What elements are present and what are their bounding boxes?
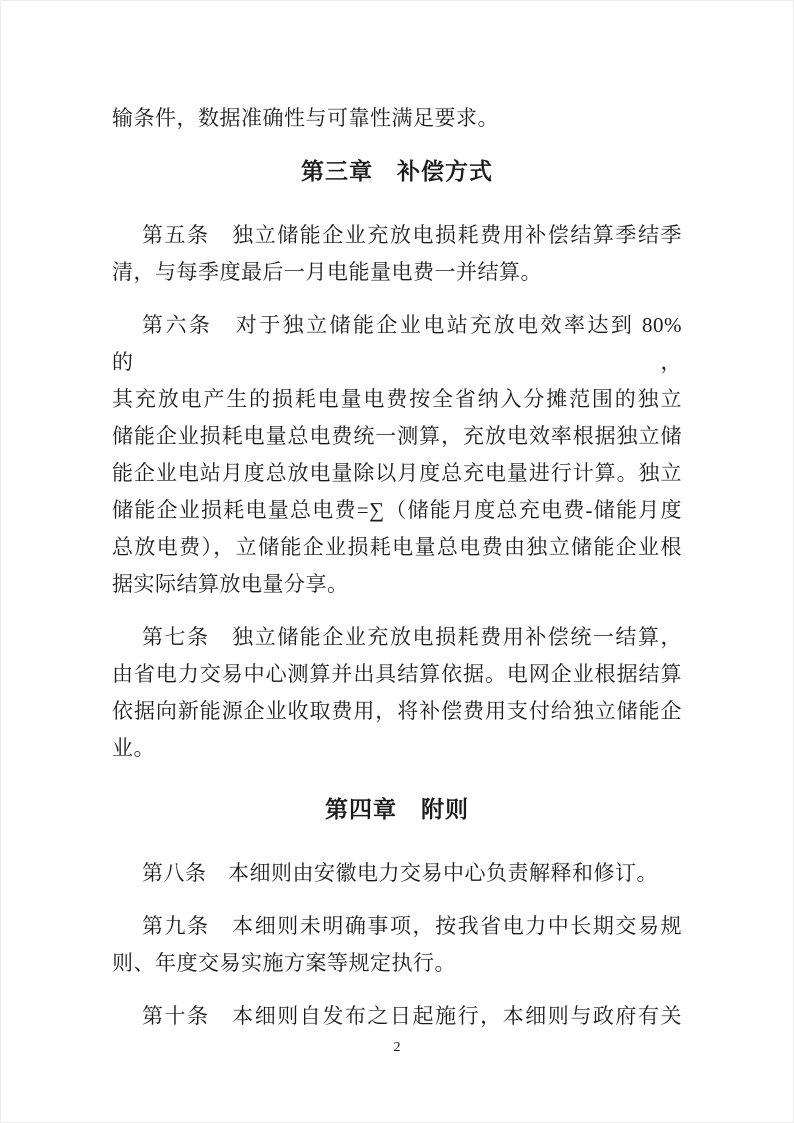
paragraph-line: 总放电费），立储能企业损耗电量总电费由独立储能企业根 bbox=[112, 529, 682, 566]
paragraph-line: 第九条 本细则未明确事项，按我省电力中长期交易规 bbox=[112, 908, 682, 945]
chapter-heading-3: 第三章 补偿方式 bbox=[112, 153, 682, 190]
paragraph-line: 储能企业损耗电量总电费统一测算，充放电效率根据独立储 bbox=[112, 418, 682, 455]
paragraph-line: 依据向新能源企业收取费用，将补偿费用支付给独立储能企 bbox=[112, 693, 682, 730]
article-paragraph-8: 第八条 本细则由安徽电力交易中心负责解释和修订。 bbox=[112, 855, 682, 892]
paragraph-line: 由省电力交易中心测算并出具结算依据。电网企业根据结算 bbox=[112, 656, 682, 693]
paragraph-line: 能企业电站月度总放电量除以月度总充电量进行计算。独立 bbox=[112, 455, 682, 492]
paragraph-line: 则、年度交易实施方案等规定执行。 bbox=[112, 945, 682, 982]
paragraph-line: 清，与每季度最后一月电能量电费一并结算。 bbox=[112, 254, 682, 291]
paragraph-line: 其充放电产生的损耗电量电费按全省纳入分摊范围的独立 bbox=[112, 381, 682, 418]
paragraph-line: 输条件，数据准确性与可靠性满足要求。 bbox=[112, 100, 682, 137]
paragraph-line: 第五条 独立储能企业充放电损耗费用补偿结算季结季 bbox=[112, 217, 682, 254]
paragraph-line: 据实际结算放电量分享。 bbox=[112, 566, 682, 603]
document-body: 输条件，数据准确性与可靠性满足要求。 第三章 补偿方式 第五条 独立储能企业充放… bbox=[112, 100, 682, 1035]
paragraph-line: 第八条 本细则由安徽电力交易中心负责解释和修订。 bbox=[112, 855, 682, 892]
paragraph-line: 第十条 本细则自发布之日起施行，本细则与政府有关 bbox=[112, 998, 682, 1035]
article-paragraph-10: 第十条 本细则自发布之日起施行，本细则与政府有关 bbox=[112, 998, 682, 1035]
paragraph-line: 业。 bbox=[112, 730, 682, 767]
article-paragraph-7: 第七条 独立储能企业充放电损耗费用补偿统一结算， 由省电力交易中心测算并出具结算… bbox=[112, 619, 682, 767]
article-paragraph-9: 第九条 本细则未明确事项，按我省电力中长期交易规 则、年度交易实施方案等规定执行… bbox=[112, 908, 682, 982]
paragraph-line: 储能企业损耗电量总电费=∑（储能月度总充电费-储能月度 bbox=[112, 492, 682, 529]
page-number: 2 bbox=[0, 1038, 794, 1058]
paragraph-line: 第六条 对于独立储能企业电站充放电效率达到 80%的， bbox=[112, 307, 682, 381]
paragraph-line: 第七条 独立储能企业充放电损耗费用补偿统一结算， bbox=[112, 619, 682, 656]
article-paragraph-6: 第六条 对于独立储能企业电站充放电效率达到 80%的， 其充放电产生的损耗电量电… bbox=[112, 307, 682, 603]
document-page: 输条件，数据准确性与可靠性满足要求。 第三章 补偿方式 第五条 独立储能企业充放… bbox=[0, 0, 794, 1123]
chapter-heading-4: 第四章 附则 bbox=[112, 791, 682, 828]
article-paragraph-5: 第五条 独立储能企业充放电损耗费用补偿结算季结季 清，与每季度最后一月电能量电费… bbox=[112, 217, 682, 291]
